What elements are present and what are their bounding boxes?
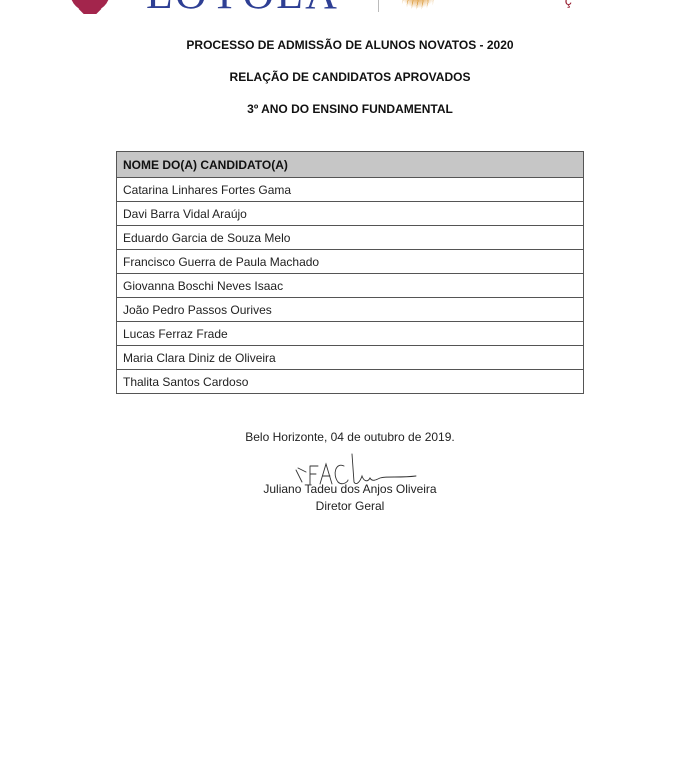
candidate-name-cell: Davi Barra Vidal Araújo bbox=[117, 202, 584, 226]
candidate-name-cell: João Pedro Passos Ourives bbox=[117, 298, 584, 322]
table-row: Lucas Ferraz Frade bbox=[117, 322, 584, 346]
candidate-name-cell: Lucas Ferraz Frade bbox=[117, 322, 584, 346]
signer-role: Diretor Geral bbox=[0, 499, 700, 513]
place-and-date: Belo Horizonte, 04 de outubro de 2019. bbox=[0, 430, 700, 444]
table-row: Davi Barra Vidal Araújo bbox=[117, 202, 584, 226]
candidate-name-cell: Eduardo Garcia de Souza Melo bbox=[117, 226, 584, 250]
candidate-name-cell: Maria Clara Diniz de Oliveira bbox=[117, 346, 584, 370]
table-header-row: NOME DO(A) CANDIDATO(A) bbox=[117, 152, 584, 178]
candidate-name-cell: Francisco Guerra de Paula Machado bbox=[117, 250, 584, 274]
document-subtitle: RELAÇÃO DE CANDIDATOS APROVADOS bbox=[0, 70, 700, 84]
table-row: Thalita Santos Cardoso bbox=[117, 370, 584, 394]
table-row: João Pedro Passos Ourives bbox=[117, 298, 584, 322]
table-row: Giovanna Boschi Neves Isaac bbox=[117, 274, 584, 298]
shield-logo-icon bbox=[70, 0, 110, 12]
document-title: PROCESSO DE ADMISSÃO DE ALUNOS NOVATOS -… bbox=[0, 38, 700, 52]
candidate-name-cell: Giovanna Boschi Neves Isaac bbox=[117, 274, 584, 298]
grade-heading: 3º ANO DO ENSINO FUNDAMENTAL bbox=[0, 102, 700, 116]
sun-rays-icon bbox=[398, 0, 438, 10]
letterhead-logos: LOYOLA ç bbox=[0, 0, 700, 14]
table-body: Catarina Linhares Fortes GamaDavi Barra … bbox=[117, 178, 584, 394]
table-row: Eduardo Garcia de Souza Melo bbox=[117, 226, 584, 250]
secondary-wordmark: ç bbox=[470, 0, 576, 8]
school-wordmark: LOYOLA bbox=[146, 0, 339, 14]
table-row: Maria Clara Diniz de Oliveira bbox=[117, 346, 584, 370]
secondary-wordmark-fragment: ç bbox=[565, 0, 576, 8]
table-row: Francisco Guerra de Paula Machado bbox=[117, 250, 584, 274]
candidate-name-cell: Catarina Linhares Fortes Gama bbox=[117, 178, 584, 202]
signer-name: Juliano Tadeu dos Anjos Oliveira bbox=[0, 482, 700, 496]
table-row: Catarina Linhares Fortes Gama bbox=[117, 178, 584, 202]
column-header-candidate-name: NOME DO(A) CANDIDATO(A) bbox=[117, 152, 584, 178]
approved-candidates-table: NOME DO(A) CANDIDATO(A) Catarina Linhare… bbox=[116, 151, 584, 394]
logo-divider bbox=[378, 0, 379, 12]
candidate-name-cell: Thalita Santos Cardoso bbox=[117, 370, 584, 394]
